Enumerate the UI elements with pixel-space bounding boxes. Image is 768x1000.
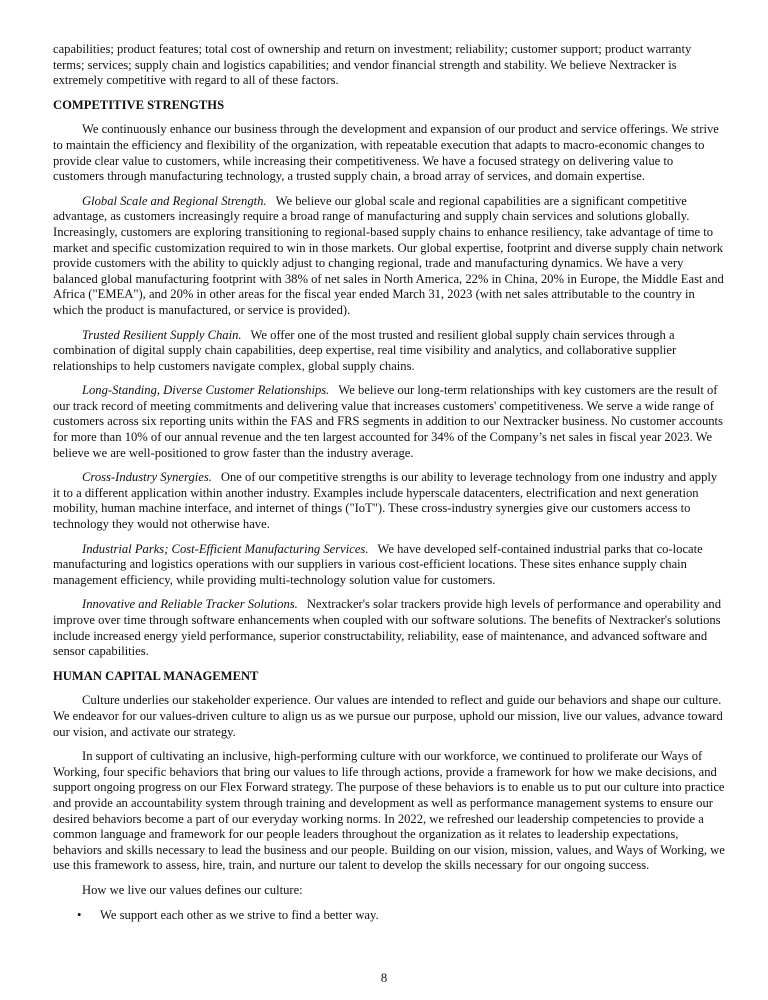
strength-lead: Trusted Resilient Supply Chain. bbox=[82, 328, 242, 342]
strength-body: We believe our global scale and regional… bbox=[53, 194, 724, 317]
bullet-text: We support each other as we strive to fi… bbox=[100, 908, 379, 922]
strength-paragraph-industrial-parks: Industrial Parks; Cost-Efficient Manufac… bbox=[53, 542, 725, 589]
values-bullet-item: • We support each other as we strive to … bbox=[53, 908, 725, 924]
human-capital-paragraph-ways-of-working: In support of cultivating an inclusive, … bbox=[53, 749, 725, 874]
strength-paragraph-customer-relationships: Long-Standing, Diverse Customer Relation… bbox=[53, 383, 725, 461]
document-page: capabilities; product features; total co… bbox=[53, 42, 725, 932]
human-capital-paragraph-values-intro: How we live our values defines our cultu… bbox=[53, 883, 725, 899]
strength-paragraph-supply-chain: Trusted Resilient Supply Chain.We offer … bbox=[53, 328, 725, 375]
human-capital-paragraph-culture: Culture underlies our stakeholder experi… bbox=[53, 693, 725, 740]
competitive-strengths-heading: COMPETITIVE STRENGTHS bbox=[53, 98, 725, 114]
strength-paragraph-cross-industry: Cross-Industry Synergies.One of our comp… bbox=[53, 470, 725, 532]
strength-lead: Long-Standing, Diverse Customer Relation… bbox=[82, 383, 329, 397]
page-number: 8 bbox=[0, 971, 768, 987]
human-capital-heading: HUMAN CAPITAL MANAGEMENT bbox=[53, 669, 725, 685]
strength-lead: Global Scale and Regional Strength. bbox=[82, 194, 267, 208]
competitive-strengths-intro: We continuously enhance our business thr… bbox=[53, 122, 725, 184]
strength-paragraph-tracker-solutions: Innovative and Reliable Tracker Solution… bbox=[53, 597, 725, 659]
values-bullet-list: • We support each other as we strive to … bbox=[53, 908, 725, 924]
strength-lead: Innovative and Reliable Tracker Solution… bbox=[82, 597, 298, 611]
intro-continuation-paragraph: capabilities; product features; total co… bbox=[53, 42, 725, 89]
strength-lead: Cross-Industry Synergies. bbox=[82, 470, 212, 484]
bullet-icon: • bbox=[77, 908, 81, 924]
strength-lead: Industrial Parks; Cost-Efficient Manufac… bbox=[82, 542, 368, 556]
strength-paragraph-global-scale: Global Scale and Regional Strength.We be… bbox=[53, 194, 725, 319]
